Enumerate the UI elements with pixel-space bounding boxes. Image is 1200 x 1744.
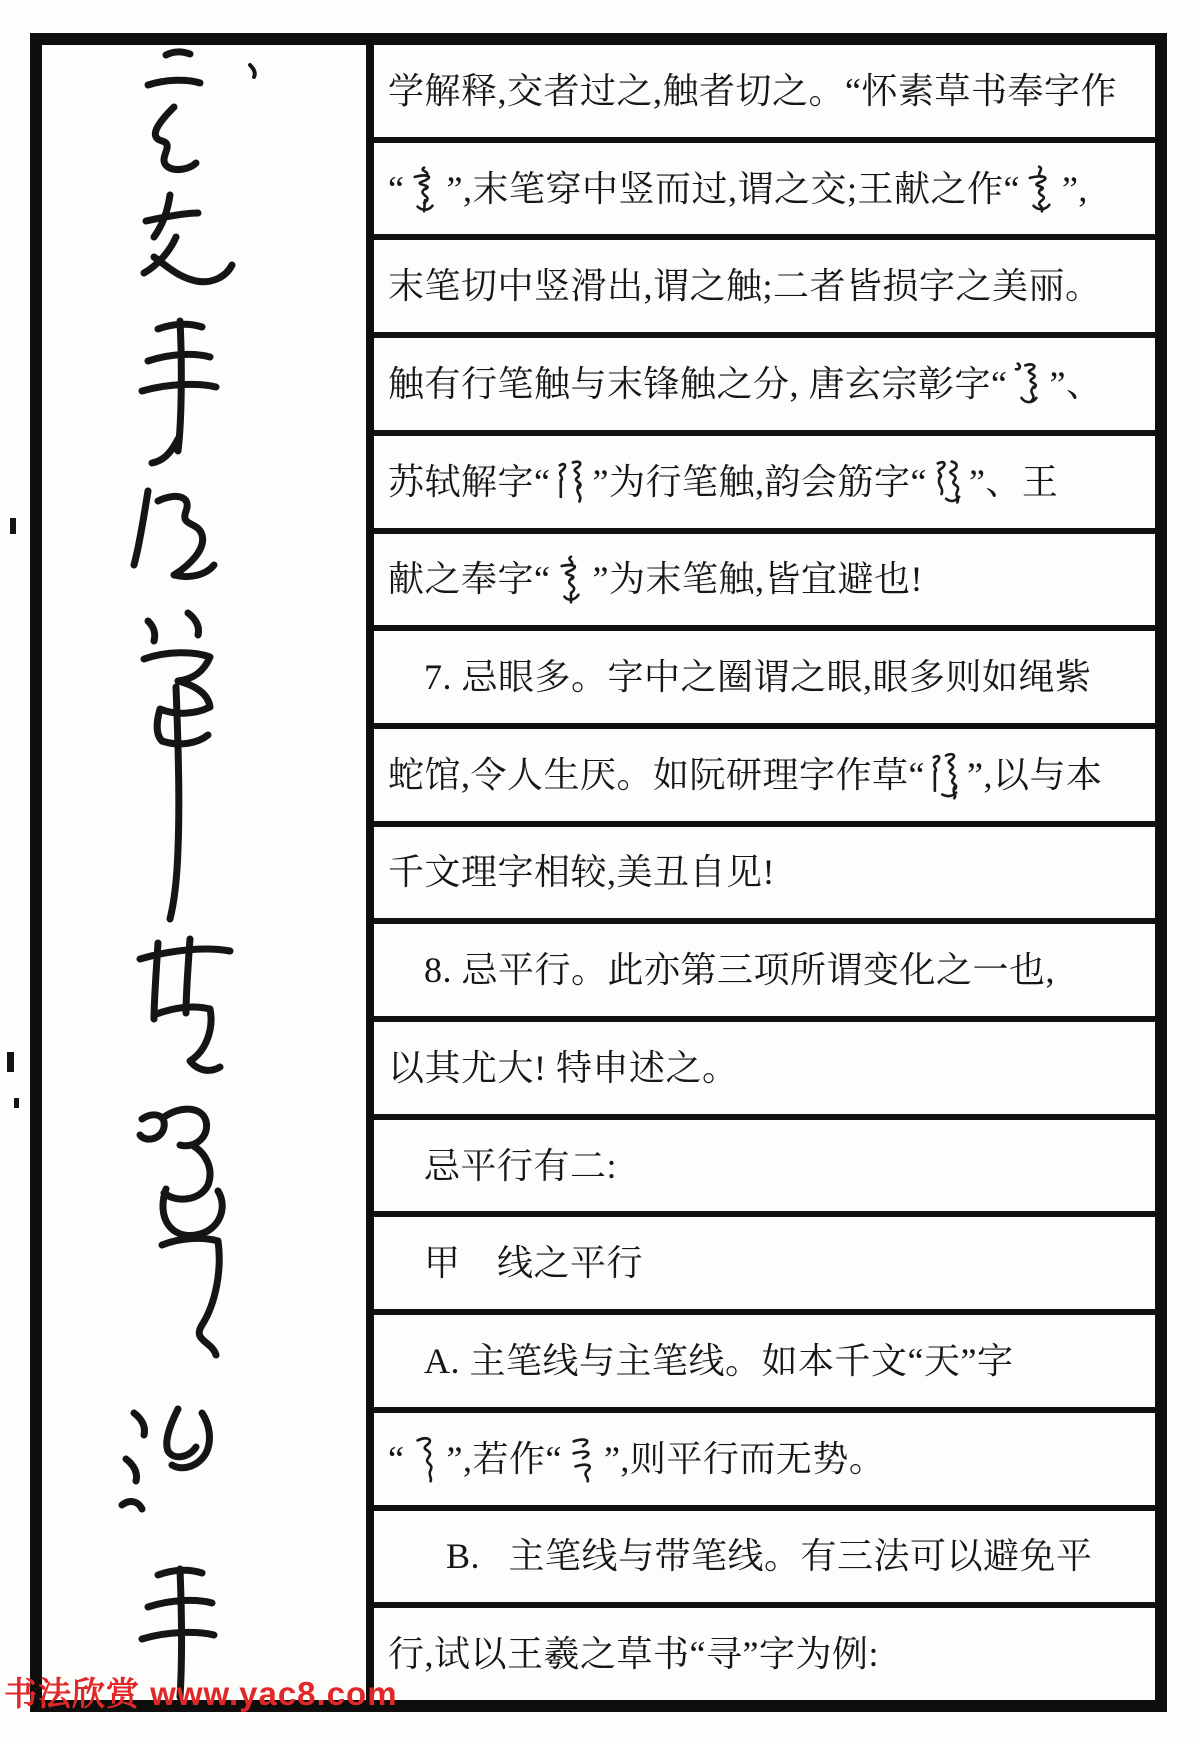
- text-row-16: B. 主笔线与带笔线。有三法可以避免平: [374, 1511, 1155, 1609]
- text-row-10: 8. 忌平行。此亦第三项所谓变化之一也,: [374, 924, 1155, 1022]
- watermark: 书法欣赏 www.yac8.com: [4, 1668, 398, 1715]
- cursive-feng-mobi-glyph: [552, 553, 590, 605]
- row-text: B. 主笔线与带笔线。有三法可以避免平: [446, 1538, 1093, 1574]
- scanned-book-page: 学解释,交者过之,触者切之。“怀素草书奉字作“”,末笔穿中竖而过,谓之交;王献之…: [0, 0, 1200, 1744]
- row-text: “: [388, 171, 404, 207]
- text-row-4: 触有行笔触与末锋触之分, 唐玄宗彰字“”、: [374, 338, 1155, 436]
- cursive-tian-a-glyph: [406, 1433, 444, 1485]
- cursive-li-glyph: [927, 749, 965, 801]
- row-text: 苏轼解字“: [388, 464, 550, 500]
- text-row-6: 献之奉字“”为末笔触,皆宜避也!: [374, 534, 1155, 632]
- row-text: 触有行笔触与末锋触之分, 唐玄宗彰字“: [388, 366, 1007, 402]
- row-text: ”,末笔穿中竖而过,谓之交;王献之作“: [446, 171, 1019, 207]
- row-text: ”,: [1062, 171, 1088, 207]
- row-text: A. 主笔线与主笔线。如本千文“天”字: [424, 1343, 1013, 1379]
- text-row-8: 蛇馆,令人生厌。如阮研理字作草“”,以与本: [374, 729, 1155, 827]
- cursive-zhang-glyph: [1009, 358, 1047, 410]
- text-row-14: A. 主笔线与主笔线。如本千文“天”字: [374, 1315, 1155, 1413]
- row-text: 7. 忌眼多。字中之圈谓之眼,眼多则如绳紫: [424, 659, 1092, 695]
- row-text: ”为行笔触,韵会筋字“: [592, 464, 926, 500]
- cursive-feng-huaisu-glyph: [406, 163, 444, 215]
- row-text: ”、王: [969, 464, 1058, 500]
- text-row-15: “”,若作“”,则平行而无势。: [374, 1413, 1155, 1511]
- row-text: ”,以与本: [967, 757, 1102, 793]
- cursive-feng-wangxianzhi-glyph: [1022, 163, 1060, 215]
- row-text: 献之奉字“: [388, 561, 550, 597]
- page-frame: 学解释,交者过之,触者切之。“怀素草书奉字作“”,末笔穿中竖而过,谓之交;王献之…: [30, 33, 1167, 1712]
- text-row-12: 忌平行有二:: [374, 1120, 1155, 1218]
- text-row-2: “”,末笔穿中竖而过,谓之交;王献之作“”,: [374, 143, 1155, 241]
- cursive-jie-glyph: [552, 456, 590, 508]
- text-row-5: 苏轼解字“”为行笔触,韵会筋字“”、王: [374, 436, 1155, 534]
- row-text: ”为末笔触,皆宜避也!: [592, 561, 922, 597]
- row-text: 千文理字相较,美丑自见!: [388, 854, 775, 890]
- text-rows: 学解释,交者过之,触者切之。“怀素草书奉字作“”,末笔穿中竖而过,谓之交;王献之…: [374, 45, 1155, 1700]
- row-text: “: [388, 1441, 404, 1477]
- text-row-17: 行,试以王羲之草书“寻”字为例:: [374, 1608, 1155, 1700]
- text-row-11: 以其尤大! 特申述之。: [374, 1022, 1155, 1120]
- row-text: 忌平行有二:: [424, 1148, 617, 1184]
- row-text: 8. 忌平行。此亦第三项所谓变化之一也,: [424, 952, 1055, 988]
- row-text: 蛇馆,令人生厌。如阮研理字作草“: [388, 757, 925, 793]
- text-row-13: 甲 线之平行: [374, 1217, 1155, 1315]
- text-row-3: 末笔切中竖滑出,谓之触;二者皆损字之美丽。: [374, 240, 1155, 338]
- row-text: ”,若作“: [446, 1441, 561, 1477]
- row-text: 末笔切中竖滑出,谓之触;二者皆损字之美丽。: [388, 268, 1102, 304]
- scan-speck: [10, 518, 16, 534]
- row-text: 以其尤大! 特申述之。: [388, 1050, 739, 1086]
- row-text: 甲 线之平行: [424, 1245, 643, 1281]
- row-text: 学解释,交者过之,触者切之。“怀素草书奉字作: [388, 73, 1117, 109]
- cursive-tian-b-glyph: [564, 1433, 602, 1485]
- row-text: 行,试以王羲之草书“寻”字为例:: [388, 1636, 879, 1672]
- row-text: ”,则平行而无势。: [604, 1441, 885, 1477]
- scan-speck: [7, 1052, 14, 1072]
- scan-speck: [14, 1098, 19, 1108]
- text-row-7: 7. 忌眼多。字中之圈谓之眼,眼多则如绳紫: [374, 631, 1155, 729]
- cursive-jin-glyph: [929, 456, 967, 508]
- calligraphy-artwork: [42, 45, 366, 1700]
- row-text: ”、: [1049, 366, 1102, 402]
- text-row-1: 学解释,交者过之,触者切之。“怀素草书奉字作: [374, 45, 1155, 143]
- calligraphy-panel: [42, 45, 374, 1700]
- text-row-9: 千文理字相较,美丑自见!: [374, 827, 1155, 925]
